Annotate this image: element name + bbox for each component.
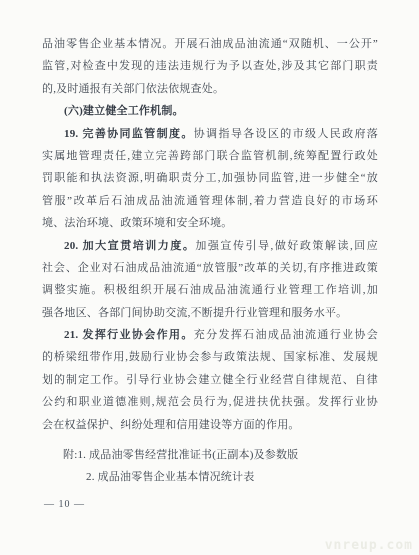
- document-text: 品油零售企业基本情况。开展石油成品油流通“双随机、一公开”监管,对检查中发现的违…: [42, 33, 378, 436]
- text-line: 公约和职业道德准则,规范会员行为,促进扶优扶强。发挥行业协: [42, 391, 378, 413]
- text-line: 社会、企业对石油成品油流通“放管服”改革的关切,有序推进政策: [42, 257, 378, 279]
- text-line: 21. 发挥行业协会作用。充分发挥石油成品油流通行业协会: [42, 324, 378, 346]
- heading-text: 21. 发挥行业协会作用。: [64, 329, 194, 341]
- document-page: 品油零售企业基本情况。开展石油成品油流通“双随机、一公开”监管,对检查中发现的违…: [0, 0, 419, 555]
- body-text: 境、法治环境、政策环境和安全环境。: [42, 217, 232, 229]
- text-line: 管服”改革后石油成品油流通管理体制,着力营造良好的市场环: [42, 190, 378, 212]
- text-line: 的桥梁纽带作用,鼓励行业协会参与政策法规、国家标准、发展规: [42, 346, 378, 368]
- text-line: (六)建立健全工作机制。: [42, 100, 378, 122]
- body-text: 罚职能和执法资源,明确职责分工,加强协同监管,进一步健全“放: [42, 172, 378, 184]
- body-text: 协调指导各设区的市级人民政府落: [194, 128, 378, 140]
- text-line: 实属地管理责任,建立完善跨部门联合监管机制,统筹配置行政处: [42, 145, 378, 167]
- text-line: 品油零售企业基本情况。开展石油成品油流通“双随机、一公开”: [42, 33, 378, 55]
- text-line: 会在权益保护、纠纷处理和信用建设等方面的作用。: [42, 414, 378, 436]
- body-text: 社会、企业对石油成品油流通“放管服”改革的关切,有序推进政策: [42, 262, 378, 274]
- page-number: — 10 —: [44, 498, 85, 512]
- body-text: 加强宣传引导,做好政策解读,回应: [195, 240, 378, 252]
- text-line: 境、法治环境、政策环境和安全环境。: [42, 212, 378, 234]
- body-text: 的桥梁纽带作用,鼓励行业协会参与政策法规、国家标准、发展规: [42, 351, 378, 363]
- attachment-line: 附:1. 成品油零售经营批准证书(正副本)及参数版: [42, 444, 378, 466]
- text-line: 强各地区、各部门间协助交流,不断提升行业管理和服务水平。: [42, 302, 378, 324]
- body-text: 公约和职业道德准则,规范会员行为,促进扶优扶强。发挥行业协: [42, 396, 378, 408]
- attachment-list: 附:1. 成品油零售经营批准证书(正副本)及参数版2. 成品油零售企业基本情况统…: [42, 444, 378, 489]
- text-line: 罚职能和执法资源,明确职责分工,加强协同监管,进一步健全“放: [42, 167, 378, 189]
- body-text: 充分发挥石油成品油流通行业协会: [194, 329, 378, 341]
- body-text: 调整实施。积极组织开展石油成品油流通行业管理工作培训,加: [42, 284, 378, 296]
- text-line: 监管,对检查中发现的违法违规行为予以查处,涉及其它部门职责: [42, 55, 378, 77]
- body-text: 监管,对检查中发现的违法违规行为予以查处,涉及其它部门职责: [42, 60, 378, 72]
- text-line: 的,及时通报有关部门依法依规查处。: [42, 78, 378, 100]
- heading-text: 19. 完善协同监管制度。: [64, 128, 194, 140]
- body-text: 管服”改革后石油成品油流通管理体制,着力营造良好的市场环: [42, 195, 378, 207]
- body-text: 会在权益保护、纠纷处理和信用建设等方面的作用。: [42, 419, 300, 431]
- body-text: 强各地区、各部门间协助交流,不断提升行业管理和服务水平。: [42, 307, 347, 319]
- text-line: 划的制定工作。引导行业协会建立健全行业经营自律规范、自律: [42, 369, 378, 391]
- body-text: 的,及时通报有关部门依法依规查处。: [42, 83, 224, 95]
- text-line: 调整实施。积极组织开展石油成品油流通行业管理工作培训,加: [42, 279, 378, 301]
- text-line: 20. 加大宣贯培训力度。加强宣传引导,做好政策解读,回应: [42, 235, 378, 257]
- attachment-line: 2. 成品油零售企业基本情况统计表: [42, 466, 378, 488]
- text-line: 19. 完善协同监管制度。协调指导各设区的市级人民政府落: [42, 123, 378, 145]
- heading-text: (六)建立健全工作机制。: [64, 105, 184, 117]
- heading-text: 20. 加大宣贯培训力度。: [64, 240, 195, 252]
- body-text: 品油零售企业基本情况。开展石油成品油流通“双随机、一公开”: [42, 38, 378, 50]
- watermark-text: vnreup.com: [325, 538, 413, 553]
- document-content: 品油零售企业基本情况。开展石油成品油流通“双随机、一公开”监管,对检查中发现的违…: [42, 33, 378, 489]
- body-text: 实属地管理责任,建立完善跨部门联合监管机制,统筹配置行政处: [42, 150, 378, 162]
- body-text: 划的制定工作。引导行业协会建立健全行业经营自律规范、自律: [42, 374, 378, 386]
